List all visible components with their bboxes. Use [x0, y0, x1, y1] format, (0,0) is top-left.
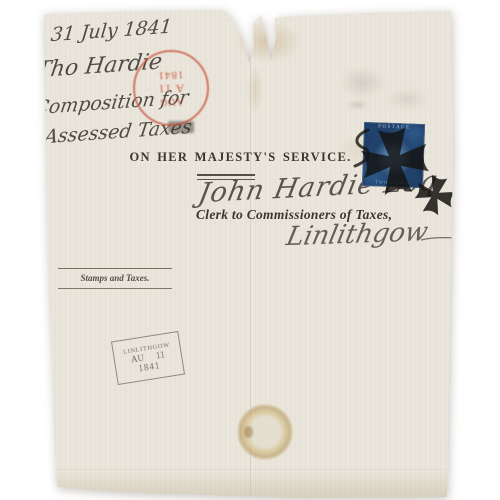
letter-sheet-wrapper: 31 July 1841 Tho Hardie Composition for … [0, 0, 500, 500]
edge-shading [0, 0, 500, 500]
letter-sheet: 31 July 1841 Tho Hardie Composition for … [0, 0, 500, 500]
photo-of-1841-ohms-letter: 31 July 1841 Tho Hardie Composition for … [0, 0, 500, 500]
